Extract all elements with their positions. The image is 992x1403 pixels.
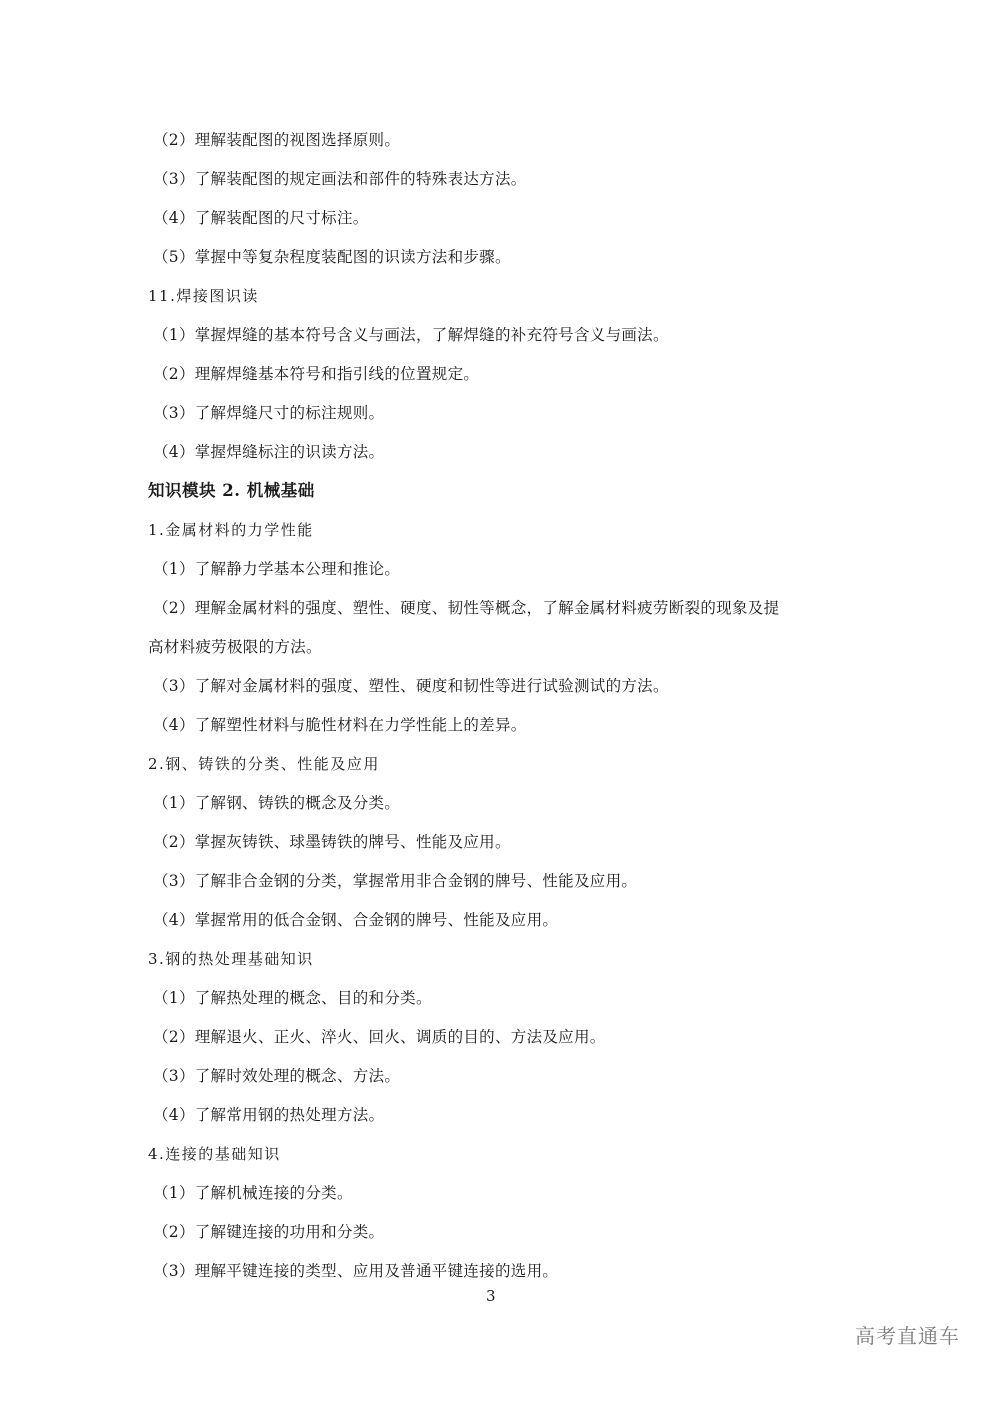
- section-heading: 4.连接的基础知识: [148, 1144, 281, 1164]
- text-line: （4）了解装配图的尺寸标注。: [153, 208, 369, 228]
- text-line: （1）掌握焊缝的基本符号含义与画法，了解焊缝的补充符号含义与画法。: [153, 325, 669, 345]
- text-line: （4）了解常用钢的热处理方法。: [153, 1105, 384, 1125]
- text-line-continuation: 高材料疲劳极限的方法。: [148, 637, 322, 657]
- text-line: （2）了解键连接的功用和分类。: [153, 1222, 384, 1242]
- page-number: 3: [486, 1286, 496, 1306]
- text-line: （3）了解对金属材料的强度、塑性、硬度和韧性等进行试验测试的方法。: [153, 676, 669, 696]
- text-line: （1）了解钢、铸铁的概念及分类。: [153, 793, 400, 813]
- text-line: （2）理解金属材料的强度、塑性、硬度、韧性等概念，了解金属材料疲劳断裂的现象及提: [153, 598, 779, 618]
- text-line: （4）了解塑性材料与脆性材料在力学性能上的差异。: [153, 715, 527, 735]
- document-page: （2）理解装配图的视图选择原则。 （3）了解装配图的规定画法和部件的特殊表达方法…: [0, 0, 992, 1403]
- section-heading: 1.金属材料的力学性能: [148, 520, 314, 540]
- text-line: （1）了解静力学基本公理和推论。: [153, 559, 400, 579]
- watermark-text: 高考直通车: [855, 1323, 960, 1349]
- text-line: （5）掌握中等复杂程度装配图的识读方法和步骤。: [153, 247, 511, 267]
- text-line: （2）理解退火、正火、淬火、回火、调质的目的、方法及应用。: [153, 1027, 606, 1047]
- text-line: （2）理解焊缝基本符号和指引线的位置规定。: [153, 364, 479, 384]
- text-line: （1）了解机械连接的分类。: [153, 1183, 353, 1203]
- text-line: （3）了解焊缝尺寸的标注规则。: [153, 403, 384, 423]
- text-line: （2）理解装配图的视图选择原则。: [153, 130, 400, 150]
- text-line: （4）掌握常用的低合金钢、合金钢的牌号、性能及应用。: [153, 910, 558, 930]
- text-line: （2）掌握灰铸铁、球墨铸铁的牌号、性能及应用。: [153, 832, 511, 852]
- module-heading: 知识模块 2. 机械基础: [148, 481, 315, 501]
- text-line: （3）了解装配图的规定画法和部件的特殊表达方法。: [153, 169, 527, 189]
- text-line: （3）理解平键连接的类型、应用及普通平键连接的选用。: [153, 1261, 558, 1281]
- text-line: （4）掌握焊缝标注的识读方法。: [153, 442, 384, 462]
- section-heading: 2.钢、铸铁的分类、性能及应用: [148, 754, 380, 774]
- text-line: （1）了解热处理的概念、目的和分类。: [153, 988, 432, 1008]
- section-heading: 11.焊接图识读: [148, 286, 259, 306]
- section-heading: 3.钢的热处理基础知识: [148, 949, 314, 969]
- text-line: （3）了解非合金钢的分类，掌握常用非合金钢的牌号、性能及应用。: [153, 871, 637, 891]
- text-line: （3）了解时效处理的概念、方法。: [153, 1066, 400, 1086]
